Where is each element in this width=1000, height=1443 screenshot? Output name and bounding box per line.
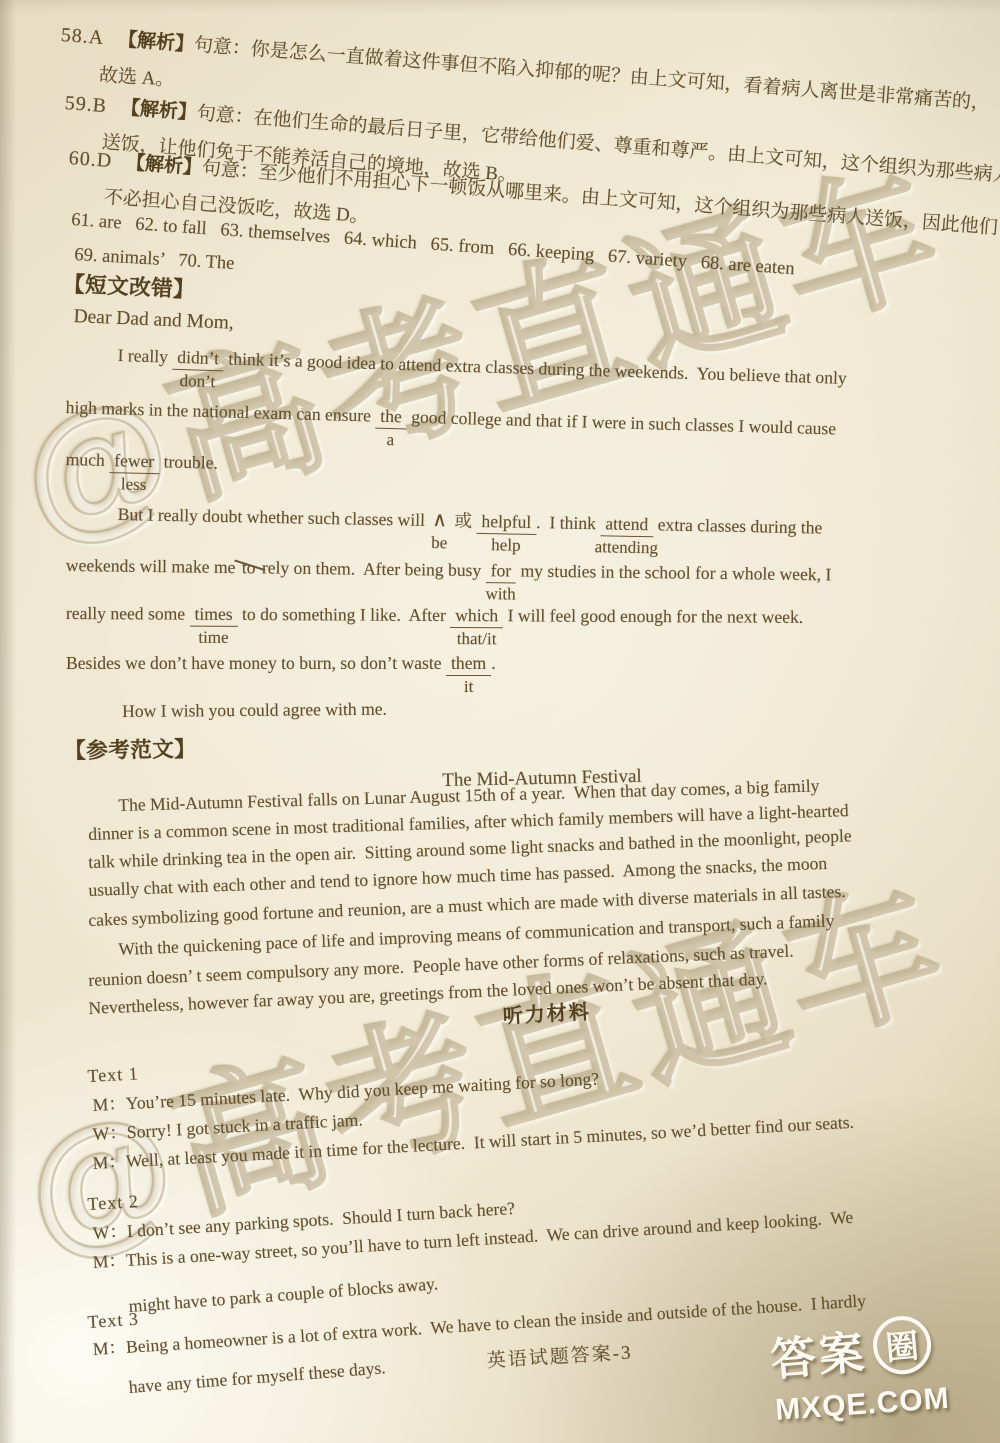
section-header-listening: 听力材料 bbox=[502, 995, 591, 1029]
analysis-tag: 【解析】 bbox=[125, 152, 202, 179]
letter-text: But I really doubt whether such classes … bbox=[118, 504, 430, 530]
correction-pair: timestime bbox=[189, 604, 237, 627]
wrong-word: them bbox=[446, 653, 491, 676]
section-header-correction: 【短文改错】 bbox=[63, 267, 196, 304]
analysis-tag: 【解析】 bbox=[117, 29, 194, 56]
letter-text: trouble. bbox=[159, 451, 218, 472]
wrong-word: the bbox=[375, 406, 407, 430]
correction-pair: forwith bbox=[486, 560, 517, 583]
logo-circle-char: 圈 bbox=[871, 1313, 934, 1376]
logo-brand-text: 答案 bbox=[768, 1315, 869, 1388]
wrong-word: fewer bbox=[109, 450, 160, 474]
listening-label-text1: Text 1 bbox=[87, 1063, 139, 1087]
letter-text: rely on them. After being busy bbox=[257, 557, 485, 580]
answer-number: 59.B bbox=[64, 92, 108, 117]
wrong-word: to bbox=[240, 557, 258, 578]
answer-number: 58.A bbox=[60, 24, 105, 49]
wrong-word: helpful bbox=[476, 511, 536, 535]
correct-word: don’t bbox=[179, 371, 215, 392]
correct-word: it bbox=[464, 677, 473, 697]
correct-word: with bbox=[485, 584, 515, 604]
letter-text: really need some bbox=[66, 603, 190, 624]
letter-text: extra classes during the bbox=[653, 514, 822, 537]
listening-text3-line-2: have any time for myself these days. bbox=[128, 1357, 386, 1398]
letter-text: . I think bbox=[536, 512, 600, 533]
insertion-mark: ∧be bbox=[429, 507, 450, 532]
wrong-word: for bbox=[486, 560, 517, 583]
correction-pair: themit bbox=[446, 653, 491, 676]
inserted-word: be bbox=[431, 533, 447, 553]
scanned-answer-page: @高考直通车 @高考直通车 58.A【解析】句意：你是怎么一直做着这件事但不陷入… bbox=[0, 0, 1000, 1443]
wrong-word: which bbox=[450, 605, 503, 628]
correction-pair: attendattending bbox=[600, 513, 653, 537]
answer-58-line-2: 故选 A。 bbox=[98, 60, 175, 92]
letter-text: I really bbox=[117, 345, 172, 367]
listening-label-text3: Text 3 bbox=[87, 1309, 140, 1333]
letter-text: 或 bbox=[450, 510, 477, 531]
logo-brand: 答案圈 bbox=[768, 1309, 948, 1389]
correct-word: attending bbox=[595, 537, 659, 558]
listening-text2-line-3: might have to park a couple of blocks aw… bbox=[128, 1273, 439, 1317]
letter-line-3: much fewerless trouble. bbox=[65, 449, 218, 476]
letter-line-4: But I really doubt whether such classes … bbox=[118, 501, 823, 541]
correct-word: that/it bbox=[457, 629, 497, 649]
letter-text: weekends will make me bbox=[66, 555, 240, 577]
correct-word: a bbox=[386, 430, 394, 450]
answer-number: 60.D bbox=[68, 147, 113, 172]
answer-text: 句意：你是怎么一直做着这件事但不陷入抑郁的呢？由上文可知，看着病人离世是非常痛苦… bbox=[193, 35, 990, 114]
logo-site-url: MXQE.COM bbox=[774, 1382, 951, 1428]
deleted-word: to bbox=[240, 557, 258, 578]
correction-pair: thea bbox=[375, 406, 407, 430]
letter-text: my studies in the school for a whole wee… bbox=[516, 561, 831, 585]
analysis-tag: 【解析】 bbox=[120, 97, 197, 124]
listening-label-text2: Text 2 bbox=[87, 1191, 139, 1215]
letter-text: Besides we don’t have money to burn, so … bbox=[66, 653, 446, 673]
correction-pair: whichthat/it bbox=[450, 605, 503, 628]
wrong-word: didn’t bbox=[172, 347, 224, 372]
correction-pair: didn’tdon’t bbox=[172, 347, 224, 372]
caret-symbol: ∧ bbox=[429, 507, 450, 532]
section-header-essay: 【参考范文】 bbox=[64, 732, 196, 765]
site-logo: 答案圈 MXQE.COM bbox=[768, 1309, 951, 1430]
correction-pair: helpfulhelp bbox=[476, 511, 536, 535]
wrong-word: attend bbox=[600, 513, 653, 537]
correction-pair: fewerless bbox=[109, 450, 160, 474]
correct-word: less bbox=[121, 474, 147, 495]
page-footer: 英语试题答案-3 bbox=[486, 1337, 633, 1373]
letter-line-5: weekends will make me to rely on them. A… bbox=[66, 555, 832, 587]
letter-text: I will feel good enough for the next wee… bbox=[503, 605, 803, 627]
letter-line-7: Besides we don’t have money to burn, so … bbox=[66, 653, 496, 676]
letter-line-8: How I wish you could agree with me. bbox=[122, 699, 387, 722]
correct-word: time bbox=[198, 628, 228, 648]
letter-text: much bbox=[66, 449, 110, 470]
correct-word: help bbox=[491, 535, 521, 556]
letter-text: . bbox=[491, 653, 495, 673]
wrong-word: times bbox=[189, 604, 237, 627]
letter-text: to do something I like. After bbox=[238, 604, 451, 625]
letter-line-6: really need some timestime to do somethi… bbox=[66, 603, 803, 630]
